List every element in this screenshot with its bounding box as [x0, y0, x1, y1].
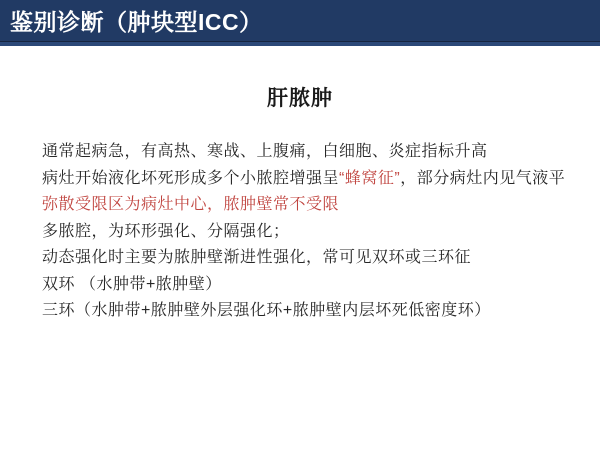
text-line: 病灶开始液化坏死形成多个小脓腔增强呈“蜂窝征”，部分病灶内见气液平	[42, 166, 582, 193]
slide-header-bar: 鉴别诊断（肿块型ICC）	[0, 0, 600, 42]
slide-header-title: 鉴别诊断（肿块型ICC）	[10, 4, 263, 37]
emphasis-text: “蜂窝征”	[339, 170, 400, 187]
body-text-segment: 病灶开始液化坏死形成多个小脓腔增强呈	[42, 170, 339, 187]
text-line: 弥散受限区为病灶中心，脓肿壁常不受限	[42, 192, 582, 219]
body-text-segment: 通常起病急，有高热、寒战、上腹痛，白细胞、炎症指标升高	[42, 143, 488, 160]
body-text-segment: 动态强化时主要为脓肿壁渐进性强化，常可见双环或三环征	[42, 249, 471, 266]
body-text-segment: 三环（水肿带+脓肿壁外层强化环+脓肿壁内层坏死低密度环）	[42, 302, 491, 319]
text-line: 多脓腔，为环形强化、分隔强化；	[42, 219, 582, 246]
presentation-slide: 鉴别诊断（肿块型ICC） 肝脓肿 通常起病急，有高热、寒战、上腹痛，白细胞、炎症…	[0, 0, 600, 450]
slide-body-text: 通常起病急，有高热、寒战、上腹痛，白细胞、炎症指标升高病灶开始液化坏死形成多个小…	[42, 139, 582, 325]
text-line: 三环（水肿带+脓肿壁外层强化环+脓肿壁内层坏死低密度环）	[42, 298, 582, 325]
body-text-segment: 多脓腔，为环形强化、分隔强化；	[42, 223, 290, 240]
text-line: 双环 （水肿带+脓肿壁）	[42, 272, 582, 299]
body-text-segment: 双环 （水肿带+脓肿壁）	[42, 276, 222, 293]
slide-title: 肝脓肿	[0, 82, 600, 112]
emphasis-text: 弥散受限区为病灶中心，脓肿壁常不受限	[42, 196, 339, 213]
text-line: 通常起病急，有高热、寒战、上腹痛，白细胞、炎症指标升高	[42, 139, 582, 166]
body-text-segment: ，部分病灶内见气液平	[400, 170, 565, 187]
text-line: 动态强化时主要为脓肿壁渐进性强化，常可见双环或三环征	[42, 245, 582, 272]
